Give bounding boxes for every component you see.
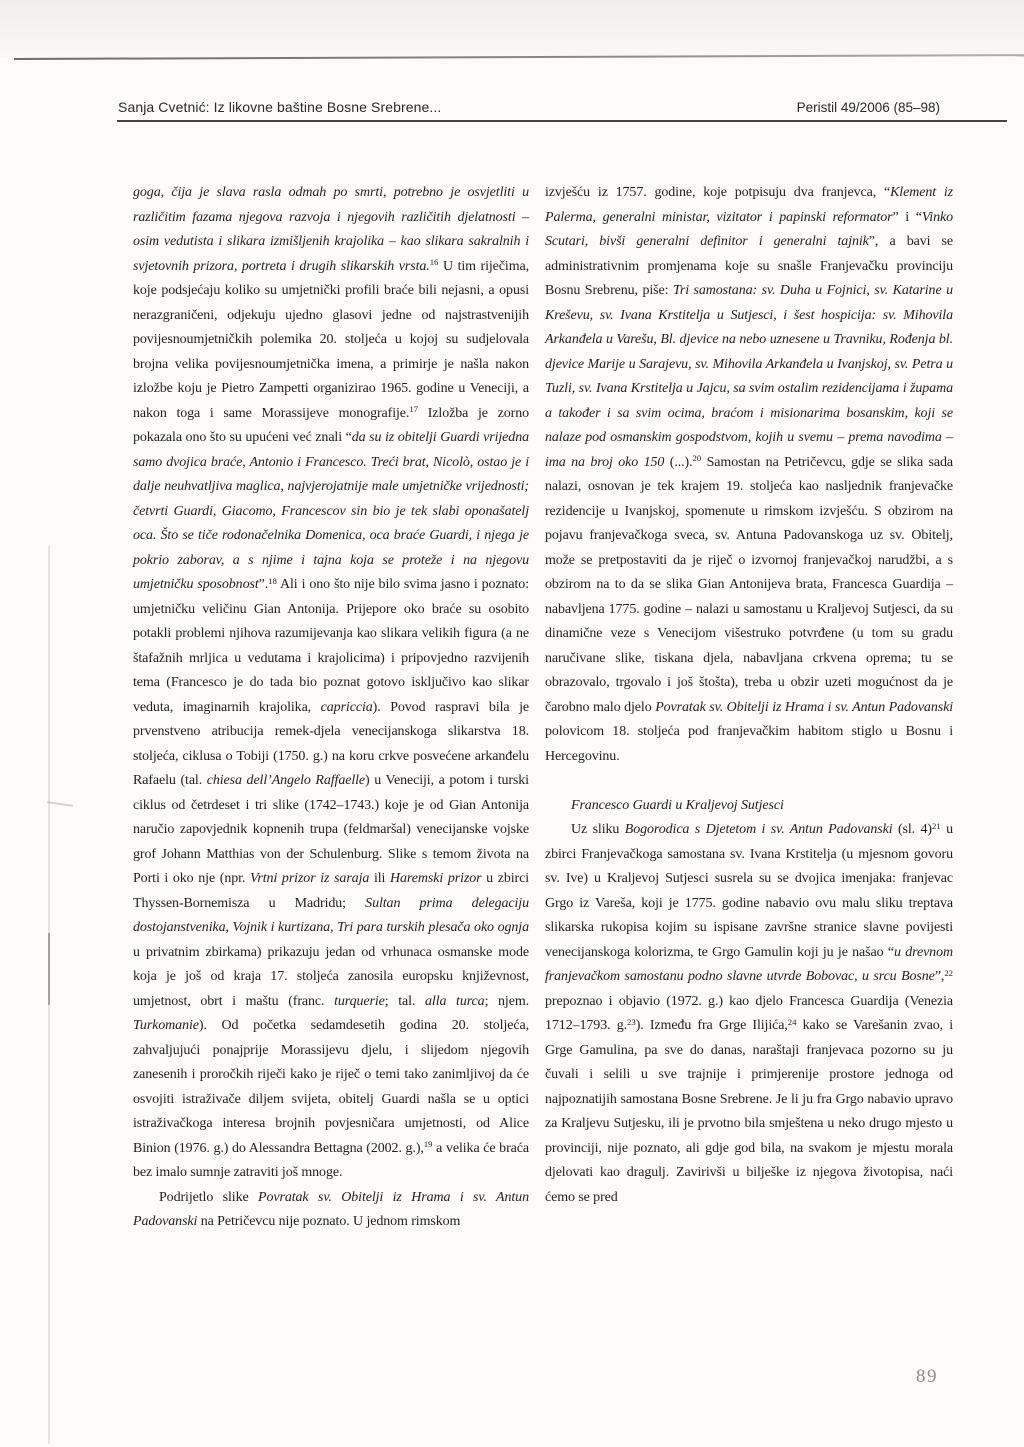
text-run: polovicom 18. stoljeća pod franjevačkim … bbox=[545, 724, 953, 764]
footnote-reference: 19 bbox=[424, 1139, 433, 1149]
text-run: turquerie bbox=[334, 994, 385, 1009]
footnote-reference: 24 bbox=[788, 1017, 797, 1027]
text-run: Vrtni prizor iz saraja bbox=[250, 871, 369, 886]
header-rule bbox=[117, 120, 1007, 122]
text-run: (sl. 4) bbox=[893, 822, 932, 837]
text-run: ili bbox=[369, 871, 390, 886]
column-right: izvješću iz 1757. godine, koje potpisuju… bbox=[545, 181, 953, 1235]
scan-crease-artifact-tick bbox=[47, 801, 73, 806]
text-run: na Petričevcu nije poznato. U jednom rim… bbox=[197, 1214, 460, 1229]
text-run: ; tal. bbox=[385, 994, 425, 1009]
text-run: izvješću iz 1757. godine, koje potpisuju… bbox=[545, 185, 890, 200]
footnote-reference: 23 bbox=[627, 1017, 636, 1027]
section-heading: Francesco Guardi u Kraljevoj Sutjesci bbox=[545, 794, 953, 819]
text-run: ”, bbox=[935, 969, 945, 984]
paragraph: Uz sliku Bogorodica s Djetetom i sv. Ant… bbox=[545, 818, 953, 1210]
text-run: U tim riječima, koje podsjećaju koliko s… bbox=[133, 259, 529, 421]
scanned-journal-page: Sanja Cvetnić: Iz likovne baštine Bosne … bbox=[0, 0, 1024, 1447]
text-run: ). Od početka sedamdesetih godina 20. st… bbox=[133, 1018, 529, 1156]
running-header-journal-issue: Peristil 49/2006 (85–98) bbox=[797, 100, 940, 115]
footnote-reference: 22 bbox=[944, 968, 953, 978]
text-run: Podrijetlo slike bbox=[159, 1190, 258, 1205]
text-run: ; njem. bbox=[485, 994, 529, 1009]
scan-top-shading bbox=[0, 0, 1024, 57]
text-run: Povratak sv. Obitelji iz Hrama i sv. Ant… bbox=[655, 700, 953, 715]
text-run: ”. bbox=[259, 577, 269, 592]
text-block: goga, čija je slava rasla odmah po smrti… bbox=[133, 181, 953, 1235]
text-run: alla turca bbox=[425, 994, 485, 1009]
text-run: Bogorodica s Djetetom i sv. Antun Padova… bbox=[625, 822, 893, 837]
text-run: kako se Varešanin zvao, i Grge Gamulina,… bbox=[545, 1018, 953, 1205]
text-run: ” i “ bbox=[893, 210, 922, 225]
text-run: ). Između fra Grge Ilijića, bbox=[636, 1018, 788, 1033]
paragraph: izvješću iz 1757. godine, koje potpisuju… bbox=[545, 181, 953, 769]
paragraph: Podrijetlo slike Povratak sv. Obitelji i… bbox=[133, 1186, 529, 1235]
footnote-reference: 20 bbox=[692, 453, 701, 463]
text-run: Uz sliku bbox=[571, 822, 625, 837]
footnote-reference: 16 bbox=[430, 257, 439, 267]
text-run: (...). bbox=[664, 455, 692, 470]
text-run: ) u Veneciji, a potom i turski ciklus od… bbox=[133, 773, 529, 886]
text-run: chiesa dell’Angelo Raffaelle bbox=[207, 773, 365, 788]
text-run: Samostan na Petričevcu, gdje se slika sa… bbox=[545, 455, 953, 715]
text-run: u zbirci Franjevačkoga samostana sv. Iva… bbox=[545, 822, 953, 960]
text-run: Ali i ono što nije bilo svima jasno i po… bbox=[133, 577, 529, 715]
scan-crease-artifact-dark bbox=[48, 933, 50, 1005]
footnote-reference: 17 bbox=[409, 404, 418, 414]
text-run: Turkomanie bbox=[133, 1018, 199, 1033]
footnote-reference: 21 bbox=[932, 821, 941, 831]
text-run: Tri samostana: sv. Duha u Fojnici, sv. K… bbox=[545, 283, 953, 470]
footnote-reference: 18 bbox=[268, 576, 277, 586]
column-left: goga, čija je slava rasla odmah po smrti… bbox=[133, 181, 529, 1235]
page-number: 89 bbox=[916, 1366, 938, 1388]
text-run: Haremski prizor bbox=[390, 871, 481, 886]
text-run: capriccia bbox=[321, 700, 373, 715]
paragraph: goga, čija je slava rasla odmah po smrti… bbox=[133, 181, 529, 1186]
running-header-author-title: Sanja Cvetnić: Iz likovne baštine Bosne … bbox=[118, 99, 441, 115]
text-run: Francesco Guardi u Kraljevoj Sutjesci bbox=[571, 798, 784, 813]
text-run: da su iz obitelji Guardi vrijedna samo d… bbox=[133, 430, 529, 592]
